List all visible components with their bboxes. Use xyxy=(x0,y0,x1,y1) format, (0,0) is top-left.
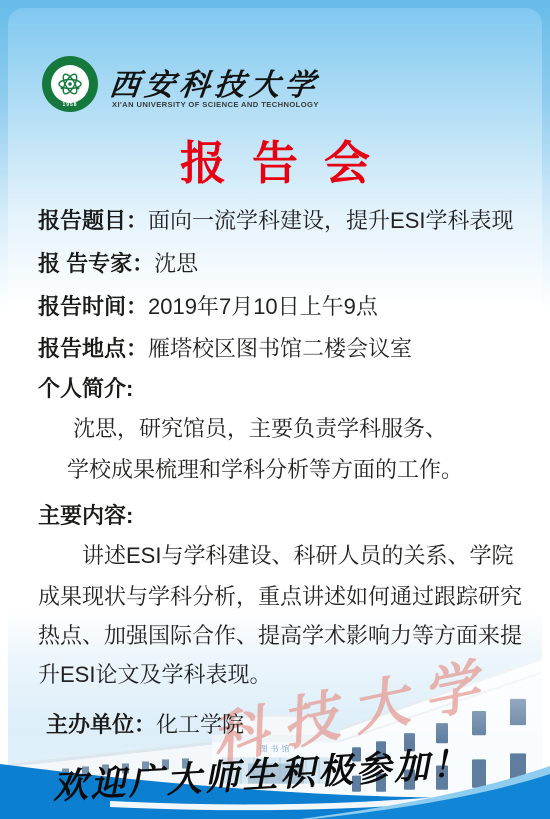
university-logo: 1958 xyxy=(42,56,98,112)
field-time: 报告时间：2019年7月10日上午9点 xyxy=(38,290,524,321)
field-topic-label: 报告题目： xyxy=(38,208,148,233)
organizer-row: 主办单位：化工学院 xyxy=(46,708,524,739)
university-name-english: XI'AN UNIVERSITY OF SCIENCE AND TECHNOLO… xyxy=(112,100,319,109)
profile-line-1: 沈思，研究馆员，主要负责学科服务、 xyxy=(38,412,524,443)
field-topic: 报告题目：面向一流学科建设，提升ESI学科表现 xyxy=(38,204,524,235)
content-line-1: 讲述ESI与学科建设、科研人员的关系、学院 xyxy=(38,539,524,570)
profile-heading: 个人简介: xyxy=(38,372,524,403)
field-location-value: 雁塔校区图书馆二楼会议室 xyxy=(148,336,412,361)
field-location-label: 报告地点： xyxy=(38,336,148,361)
lecture-poster: 图书馆 科技大学 xyxy=(0,0,550,819)
university-name-chinese: 西安科技大学 xyxy=(108,60,323,104)
content-line-2: 成果现状与学科分析，重点讲述如何通过跟踪研究 xyxy=(38,580,524,611)
organizer-value: 化工学院 xyxy=(156,712,244,737)
content-heading: 主要内容: xyxy=(38,499,524,530)
field-speaker: 报 告专家：沈思 xyxy=(38,247,524,278)
field-speaker-value: 沈思 xyxy=(154,251,198,276)
atom-icon xyxy=(57,71,83,97)
poster-title: 报告会 xyxy=(0,127,550,193)
profile-line-2: 学校成果梳理和学科分析等方面的工作。 xyxy=(38,453,524,484)
field-speaker-label: 报 告专家： xyxy=(38,251,154,276)
field-topic-value: 面向一流学科建设，提升ESI学科表现 xyxy=(148,208,513,233)
field-location: 报告地点：雁塔校区图书馆二楼会议室 xyxy=(38,332,524,363)
logo-emblem xyxy=(51,65,89,103)
organizer-label: 主办单位： xyxy=(46,712,156,737)
content-line-4: 升ESI论文及学科表现。 xyxy=(38,658,524,689)
field-time-value: 2019年7月10日上午9点 xyxy=(148,294,378,319)
field-time-label: 报告时间： xyxy=(38,294,148,319)
content-line-3: 热点、加强国际合作、提高学术影响力等方面来提 xyxy=(38,619,524,650)
logo-year: 1958 xyxy=(42,102,98,108)
